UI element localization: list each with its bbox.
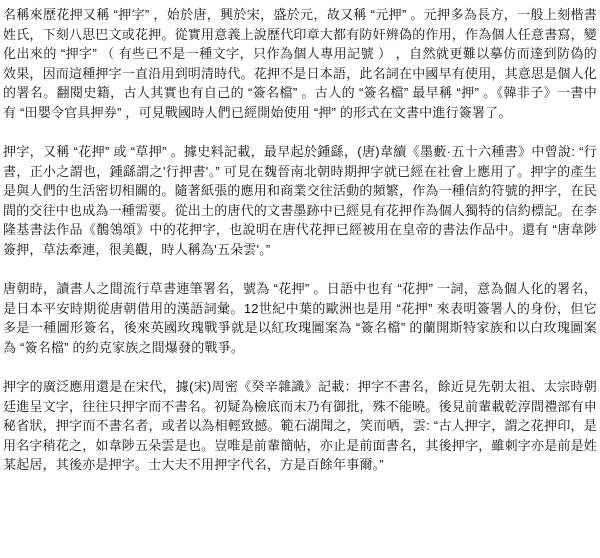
paragraph-song-dynasty: 押字的廣泛應用還是在宋代，據(宋)周密《癸辛雜識》記載：押字不書名，餘近見先朝太… (3, 377, 597, 475)
paragraph-name-origin: 名稱來歷花押又稱 “押字” ，始於唐，興於宋，盛於元，故又稱 “元押” 。元押多… (3, 5, 597, 122)
paragraph-tang-dynasty: 唐朝時，讀書人之間流行草書連筆署名，號為 “花押” 。日語中也有 “花押” 一詞… (3, 279, 597, 357)
paragraph-yazi-history: 押字，又稱 “花押” 或 “草押” 。據史料記載，最早起於鍾繇，(唐)韋續《墨藪… (3, 142, 597, 259)
document-body: 名稱來歷花押又稱 “押字” ，始於唐，興於宋，盛於元，故又稱 “元押” 。元押多… (0, 0, 600, 481)
